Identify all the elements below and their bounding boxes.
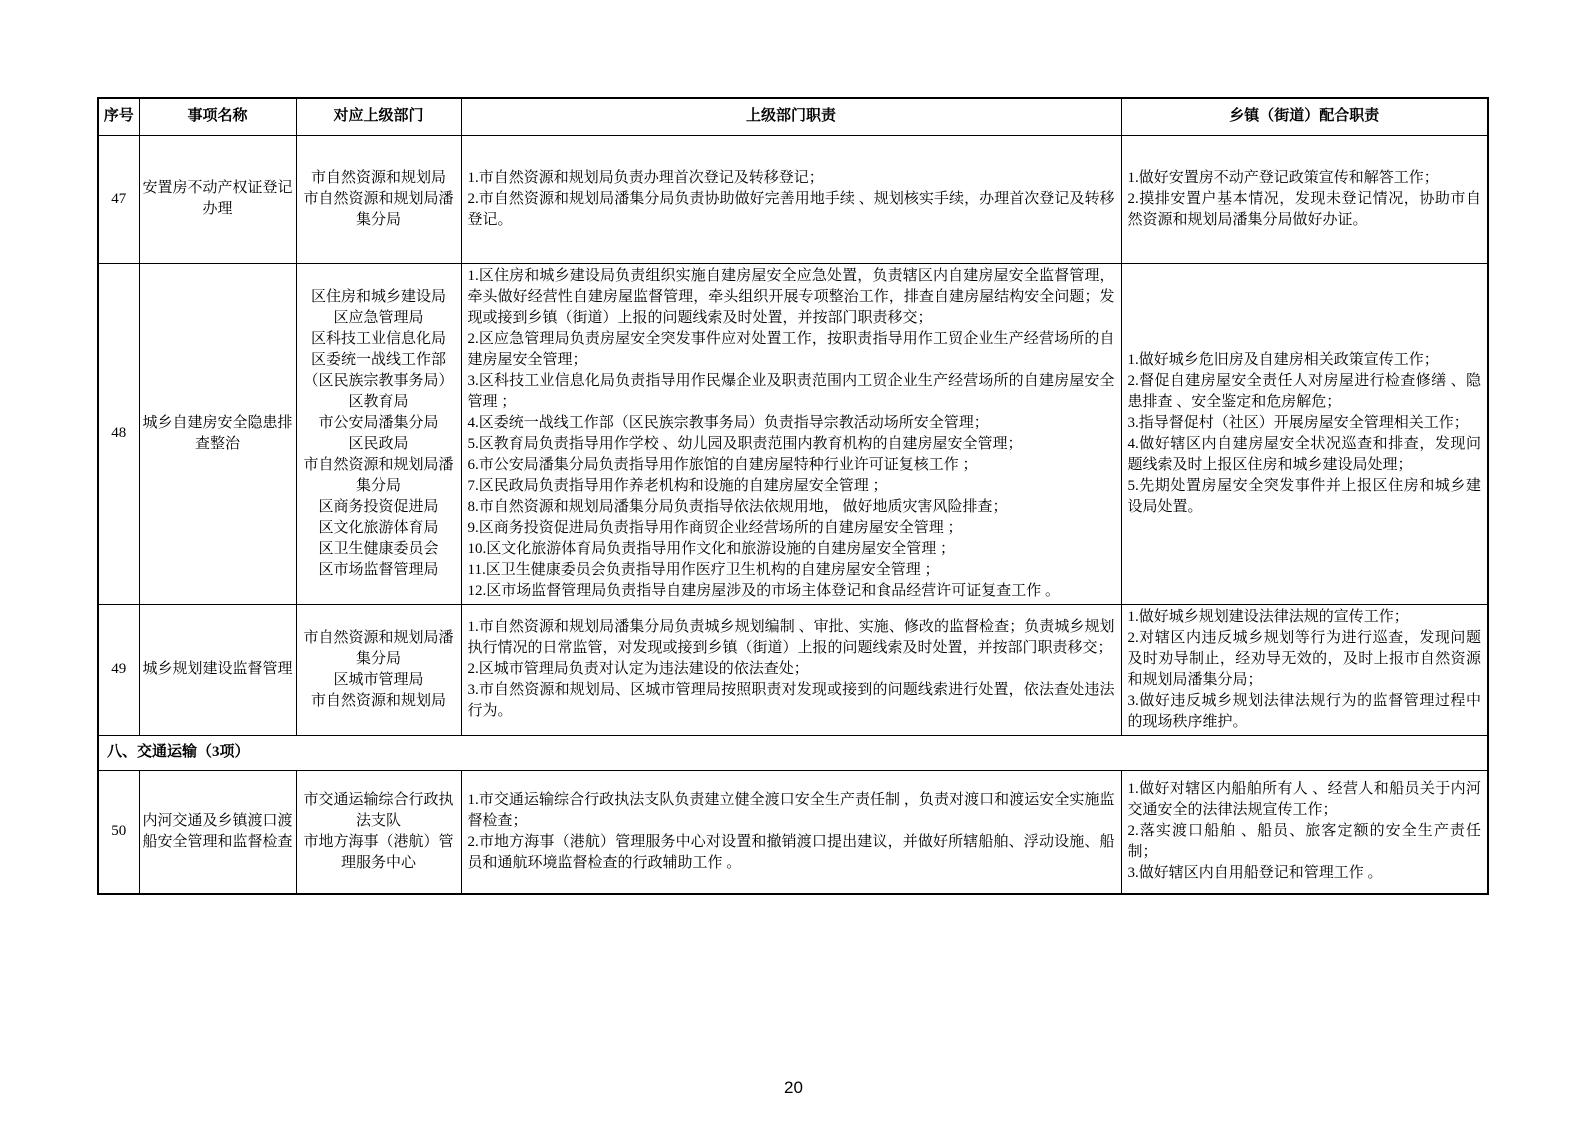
table-row-47: 47 安置房不动产权证登记办理 市自然资源和规划局 市自然资源和规划局潘集分局 … [98, 135, 1488, 263]
row-50-item-name: 内河交通及乡镇渡口渡船安全管理和监督检查 [139, 770, 296, 894]
row-48-item-name: 城乡自建房安全隐患排查整治 [139, 263, 296, 604]
header-duties: 上级部门职责 [461, 98, 1121, 135]
row-49-duties: 1.市自然资源和规划局潘集分局负责城乡规划编制 、审批、实施、修改的监督检查；负… [461, 604, 1121, 735]
header-cooperation: 乡镇（街道）配合职责 [1121, 98, 1488, 135]
row-48-no: 48 [98, 263, 139, 604]
section-header-label: 八、交通运输（3项） [98, 735, 1488, 770]
row-49-item-name: 城乡规划建设监督管理 [139, 604, 296, 735]
row-50-duties: 1.市交通运输综合行政执法支队负责建立健全渡口安全生产责任制 ，负责对渡口和渡运… [461, 770, 1121, 894]
row-48-departments: 区住房和城乡建设局 区应急管理局 区科技工业信息化局 区委统一战线工作部（区民族… [296, 263, 461, 604]
row-47-item-name: 安置房不动产权证登记办理 [139, 135, 296, 263]
table-row-48: 48 城乡自建房安全隐患排查整治 区住房和城乡建设局 区应急管理局 区科技工业信… [98, 263, 1488, 604]
header-no: 序号 [98, 98, 139, 135]
row-49-cooperation: 1.做好城乡规划建设法律法规的宣传工作； 2.对辖区内违反城乡规划等行为进行巡查… [1121, 604, 1488, 735]
row-50-departments: 市交通运输综合行政执法支队 市地方海事（港航）管理服务中心 [296, 770, 461, 894]
row-48-cooperation: 1.做好城乡危旧房及自建房相关政策宣传工作； 2.督促自建房屋安全责任人对房屋进… [1121, 263, 1488, 604]
row-47-cooperation: 1.做好安置房不动产登记政策宣传和解答工作； 2.摸排安置户基本情况，发现未登记… [1121, 135, 1488, 263]
row-47-departments: 市自然资源和规划局 市自然资源和规划局潘集分局 [296, 135, 461, 263]
table-row-50: 50 内河交通及乡镇渡口渡船安全管理和监督检查 市交通运输综合行政执法支队 市地… [98, 770, 1488, 894]
row-50-cooperation: 1.做好对辖区内船舶所有人 、经营人和船员关于内河交通安全的法律法规宣传工作； … [1121, 770, 1488, 894]
row-49-departments: 市自然资源和规划局潘集分局 区城市管理局 市自然资源和规划局 [296, 604, 461, 735]
row-48-duties: 1.区住房和城乡建设局负责组织实施自建房屋安全应急处置，负责辖区内自建房屋安全监… [461, 263, 1121, 604]
row-50-no: 50 [98, 770, 139, 894]
table-header-row: 序号 事项名称 对应上级部门 上级部门职责 乡镇（街道）配合职责 [98, 98, 1488, 135]
responsibility-table: 序号 事项名称 对应上级部门 上级部门职责 乡镇（街道）配合职责 47 安置房不… [97, 97, 1489, 895]
row-47-duties: 1.市自然资源和规划局负责办理首次登记及转移登记； 2.市自然资源和规划局潘集分… [461, 135, 1121, 263]
header-item-name: 事项名称 [139, 98, 296, 135]
section-header-row: 八、交通运输（3项） [98, 735, 1488, 770]
table-row-49: 49 城乡规划建设监督管理 市自然资源和规划局潘集分局 区城市管理局 市自然资源… [98, 604, 1488, 735]
row-47-no: 47 [98, 135, 139, 263]
header-department: 对应上级部门 [296, 98, 461, 135]
page-number: 20 [0, 1078, 1587, 1098]
row-49-no: 49 [98, 604, 139, 735]
